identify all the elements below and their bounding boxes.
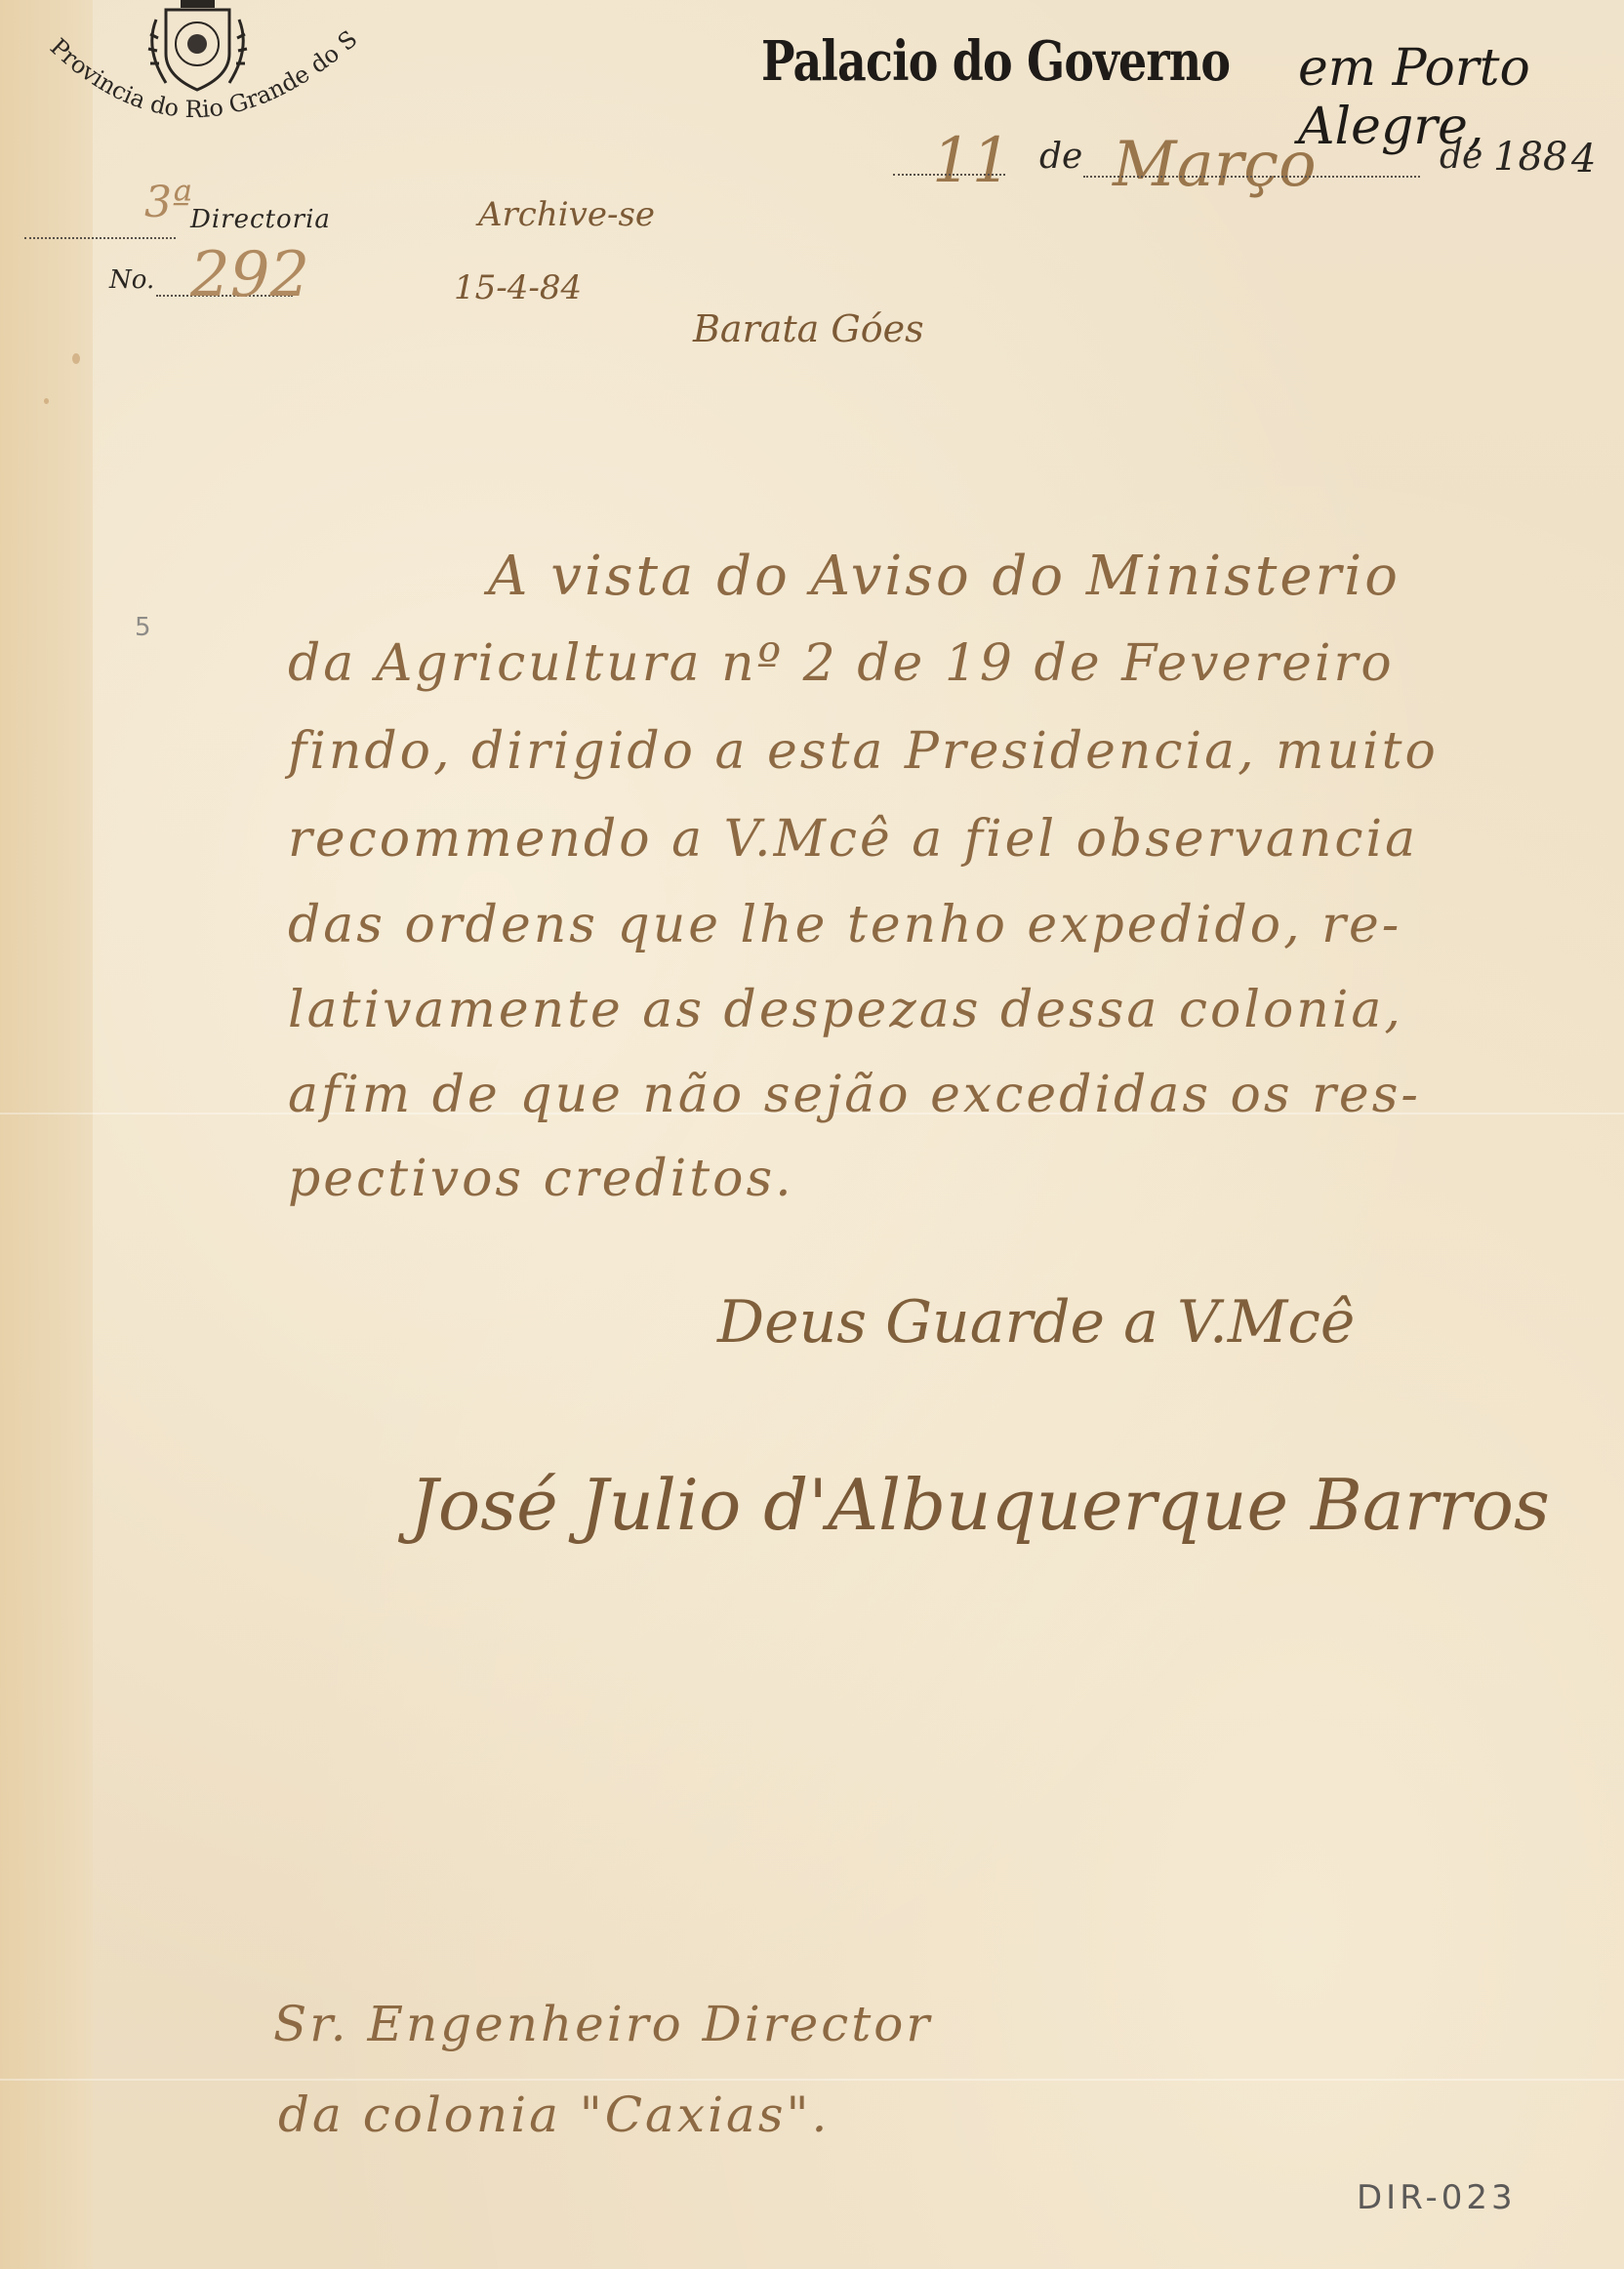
letterhead-title-text: Palacio do Governo [761,29,1230,94]
body-line: afim de que não sejão excedidas os res- [288,1066,1421,1124]
margin-pencil-mark: 5 [135,613,155,642]
number-label: No. [109,265,154,295]
body-line: da Agricultura nº 2 de 19 de Fevereiro [288,634,1395,693]
dotted-rule [893,174,1005,176]
document-page: Provincia do Rio Grande do Sul. Palacio … [0,0,1624,2269]
paper-fold-line [0,2079,1624,2081]
date-year-digit: 4 [1571,137,1596,182]
annotation-date: 15-4-84 [454,268,582,307]
body-line: pectivos creditos. [288,1150,794,1208]
addressee-line1: Sr. Engenheiro Director [273,1996,932,2052]
dotted-rule [1083,176,1420,178]
date-year-printed: 188 [1493,135,1567,180]
addressee-line2: da colonia "Caxias". [278,2087,830,2143]
annotation-archive: Archive-se [478,195,655,234]
date-de-label: de [1039,137,1082,177]
signature: José Julio d'Albuquerque Barros [410,1464,1550,1546]
paper-stain [44,398,49,404]
body-line: findo, dirigido a esta Presidencia, muit… [288,722,1439,781]
paper-edge-discoloration [0,0,93,2269]
directoria-label: Directoria [190,205,331,234]
body-line: lativamente as despezas dessa colonia, [288,981,1403,1039]
dotted-rule [24,237,176,239]
annotation-initials: Barata Góes [693,307,924,350]
date-month: Março [1113,129,1317,201]
body-line: recommendo a V.Mcê a fiel observancia [288,810,1418,869]
province-arc-label: Provincia do Rio Grande do Sul. [39,20,361,156]
svg-text:Provincia do Rio Grande do Sul: Provincia do Rio Grande do Sul. [39,20,361,123]
body-line: das ordens que lhe tenho expedido, re- [288,896,1401,954]
catalog-code: DIR-023 [1357,2178,1517,2217]
date-day: 11 [932,125,1011,197]
date-de-label-2: de [1440,137,1482,177]
document-number: 292 [190,239,309,311]
letterhead-title: Palacio do Governo [761,29,1230,94]
paper-stain [72,353,80,364]
body-line: A vista do Aviso do Ministerio [488,545,1401,608]
closing-salutation: Deus Guarde a V.Mcê [717,1288,1355,1357]
directoria-number: 3ª [144,178,192,227]
